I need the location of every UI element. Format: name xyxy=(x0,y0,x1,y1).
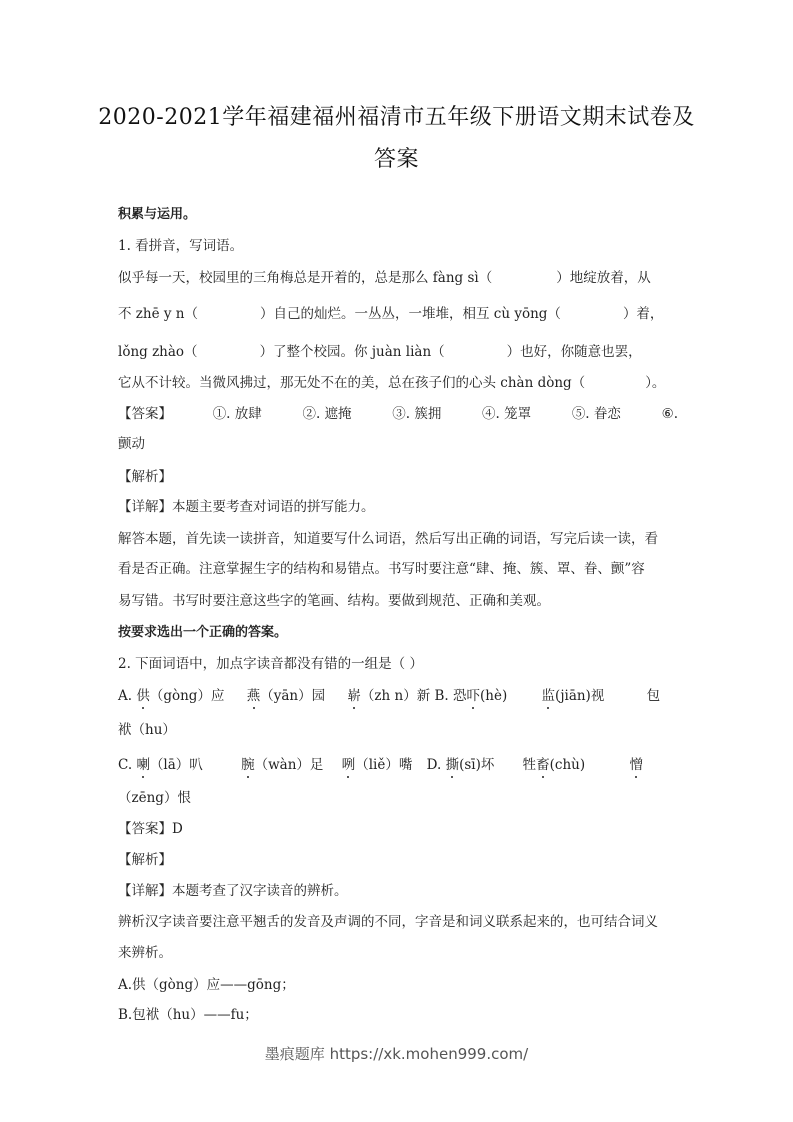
q1-explain-3: 易写错。书写时要注意这些字的笔画、结构。要做到规范、正确和美观。 xyxy=(118,593,678,609)
q1-line1-text-a: 似乎每一天，校园里的三角梅总是开着的，总是那么 fàng sì（ xyxy=(118,270,492,286)
q1-answer-label: 【答案】 xyxy=(118,406,172,422)
option-c-word-3: （liě）嘴 xyxy=(355,757,412,773)
option-d-label: D. xyxy=(427,757,442,773)
q1-explain-2: 看是否正确。注意掌握生字的结构和易错点。书写时要注意“肆、掩、簇、罩、眷、颤”容 xyxy=(118,561,678,577)
q1-answer-4: ④. 笼罩 xyxy=(482,406,531,422)
q2-explain-b: B.包袱（hu）——fu； xyxy=(118,1007,678,1023)
q2-prompt: 2. 下面词语中，加点字读音都没有错的一组是（ ） xyxy=(118,656,678,672)
q1-prompt: 1. 看拼音，写词语。 xyxy=(118,238,678,254)
q1-explain-1: 解答本题，首先读一读拼音，知道要写什么词语，然后写出正确的词语，写完后读一读，看 xyxy=(118,531,678,547)
dotted-char: 喇 xyxy=(136,757,150,773)
footer-watermark: 墨痕题库 https://xk.mohen999.com/ xyxy=(0,1043,793,1064)
dotted-char: 腕 xyxy=(241,757,255,773)
dotted-char: 咧 xyxy=(342,757,356,773)
q2-options-ab: A. 供（gòng）应 燕（yān）园 崭（zh n）新 B. 恐吓(hè) 监… xyxy=(118,688,678,704)
q1-analysis-label: 【解析】 xyxy=(118,469,678,485)
q2-explain-2: 来辨析。 xyxy=(118,945,678,961)
q1-line2-text-b: ）自己的灿烂。一丛丛，一堆堆，相互 cù yōng（ xyxy=(260,306,561,322)
q2-option-b-wrap: 袱（hu） xyxy=(118,722,678,738)
dotted-char: 崭 xyxy=(347,688,361,704)
q1-answer-1: ①. 放肆 xyxy=(213,406,262,422)
q1-line3-text-c: ）也好，你随意也罢， xyxy=(507,344,642,360)
q1-answer-row: 【答案】 ①. 放肆 ②. 遮掩 ③. 簇拥 ④. 笼罩 ⑤. 眷恋 ⑥. xyxy=(118,406,678,422)
q2-answer: 【答案】D xyxy=(118,821,678,837)
option-b-word-3-start: 包 xyxy=(647,688,661,704)
q1-line1-text-b: ）地绽放着，从 xyxy=(556,270,651,286)
q1-line4-text-a: 它从不计较。当微风拂过，那无处不在的美，总在孩子们的心头 chàn dòng（ xyxy=(118,375,585,391)
section-heading-accumulation: 积累与运用。 xyxy=(118,207,678,223)
dotted-char: 监 xyxy=(542,688,556,704)
option-b-word-1: (hè) xyxy=(480,688,507,704)
dotted-char: 供 xyxy=(136,688,150,704)
option-b-word-3-end: 袱（hu） xyxy=(118,722,176,738)
q1-line1: 似乎每一天，校园里的三角梅总是开着的，总是那么 fàng sì（）地绽放着，从 xyxy=(118,270,678,286)
dotted-char: 吓 xyxy=(467,688,481,704)
dotted-char: 燕 xyxy=(247,688,261,704)
dotted-char: 撕 xyxy=(446,757,460,773)
option-d-word-2: (chù) xyxy=(550,757,585,773)
option-c-word-2: （wàn）足 xyxy=(255,757,324,773)
q1-line2-text-c: ）着， xyxy=(623,306,664,322)
q1-line2-text-a: 不 zhē y n（ xyxy=(118,306,198,322)
q1-line3-text-a: lǒng zhào（ xyxy=(118,344,198,360)
q1-answer-6: ⑥. xyxy=(662,406,678,422)
q1-answer-3: ③. 簇拥 xyxy=(392,406,441,422)
q2-detail: 【详解】本题考查了汉字读音的辨析。 xyxy=(118,883,678,899)
q1-detail: 【详解】本题主要考查对词语的拼写能力。 xyxy=(118,499,678,515)
option-a-word-3: （zh n）新 xyxy=(361,688,430,704)
q1-answer-2: ②. 遮掩 xyxy=(302,406,351,422)
page-title-line1: 2020-2021学年福建福州福清市五年级下册语文期末试卷及 xyxy=(0,107,793,129)
option-a-label: A. xyxy=(118,688,132,704)
q1-answer-wrap: 颤动 xyxy=(118,436,678,452)
q1-line3: lǒng zhào（）了整个校园。你 juàn liàn（）也好，你随意也罢， xyxy=(118,344,678,360)
q2-options-cd: C. 喇（lā）叭 腕（wàn）足 咧（liě）嘴 D. 撕(sī)坏 牲畜(c… xyxy=(118,757,678,773)
option-a-word-2: （yān）园 xyxy=(260,688,325,704)
q2-analysis-label: 【解析】 xyxy=(118,852,678,868)
q1-line3-text-b: ）了整个校园。你 juàn liàn（ xyxy=(260,344,445,360)
option-a-word-1: （gòng）应 xyxy=(150,688,225,704)
q1-line4-text-b: ）。 xyxy=(645,375,665,391)
dotted-char: 憎 xyxy=(629,757,643,773)
q1-line4: 它从不计较。当微风拂过，那无处不在的美，总在孩子们的心头 chàn dòng（）… xyxy=(118,375,678,391)
option-c-word-1: （lā）叭 xyxy=(150,757,203,773)
option-d-word-1: (sī)坏 xyxy=(459,757,494,773)
page-title-line2: 答案 xyxy=(0,149,793,171)
option-b-word-2: (jiān)视 xyxy=(555,688,604,704)
q1-answer-5: ⑤. 眷恋 xyxy=(572,406,621,422)
option-c-label: C. xyxy=(118,757,132,773)
q1-line2: 不 zhē y n（）自己的灿烂。一丛丛，一堆堆，相互 cù yōng（）着， xyxy=(118,306,678,322)
q2-option-d-wrap: （zēng）恨 xyxy=(118,790,678,806)
option-b-label: B. xyxy=(435,688,449,704)
option-b-prefix: 恐 xyxy=(453,688,467,704)
q2-explain-a: A.供（gòng）应——gōng； xyxy=(118,977,678,993)
section-heading-choice: 按要求选出一个正确的答案。 xyxy=(118,625,678,641)
dotted-char: 畜 xyxy=(536,757,550,773)
q2-explain-1: 辨析汉字读音要注意平翘舌的发音及声调的不同，字音是和词义联系起来的，也可结合词义 xyxy=(118,914,678,930)
option-d-prefix: 牲 xyxy=(523,757,537,773)
